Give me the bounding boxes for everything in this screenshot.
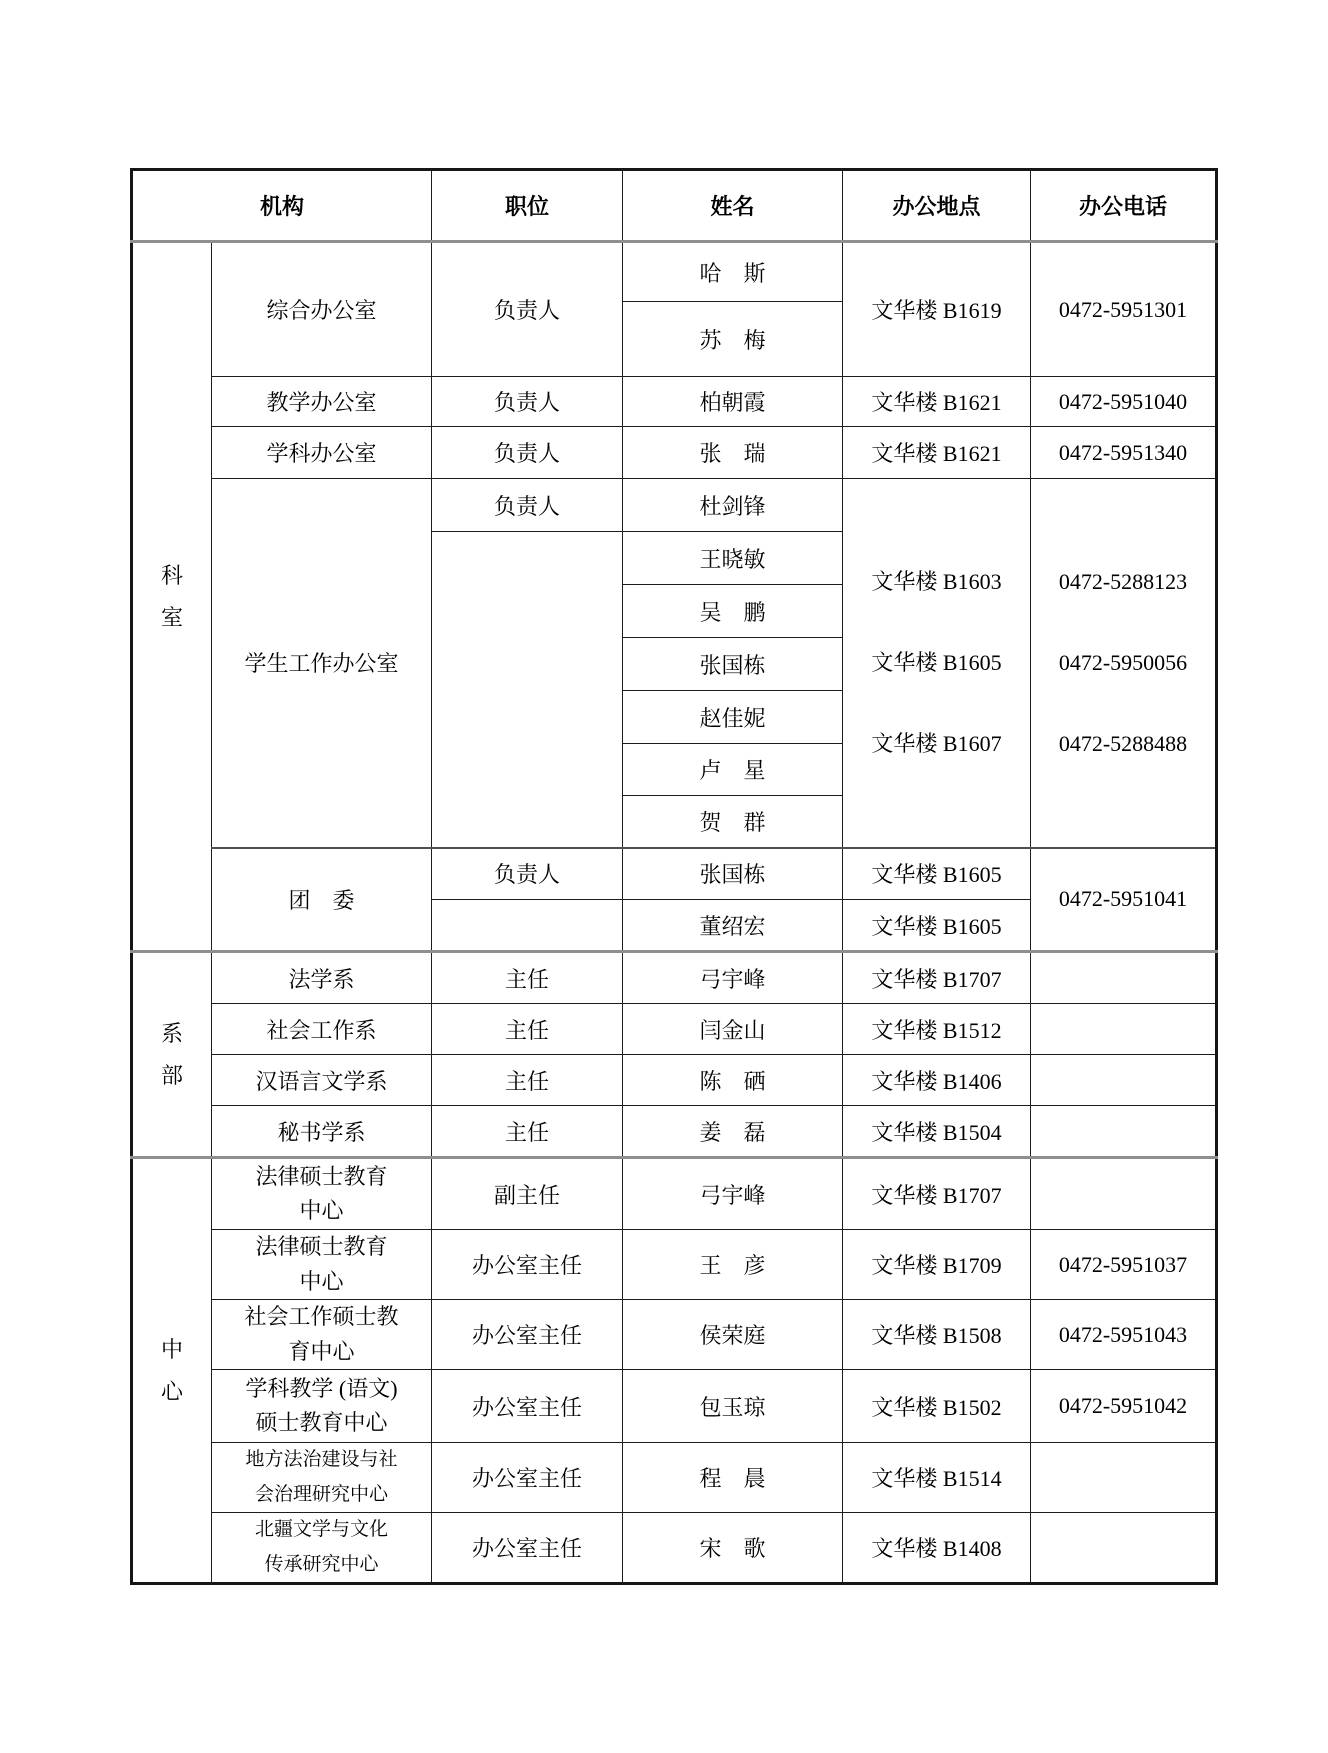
table-row: 法律硕士教育 中心 办公室主任 王 彦 文华楼 B1709 0472-59510… — [132, 1230, 1217, 1300]
header-name: 姓名 — [623, 170, 843, 242]
location-cell: 文华楼 B1504 — [843, 1106, 1031, 1158]
position-cell: 负责人 — [432, 848, 623, 900]
org-cell: 社会工作硕士教 育中心 — [212, 1300, 432, 1370]
table-row: 秘书学系 主任 姜 磊 文华楼 B1504 — [132, 1106, 1217, 1158]
location-cell: 文华楼 B1621 — [843, 427, 1031, 479]
position-cell: 主任 — [432, 952, 623, 1004]
position-cell: 主任 — [432, 1004, 623, 1055]
phone-cell: 0472-5951301 — [1031, 242, 1217, 377]
position-cell: 办公室主任 — [432, 1370, 623, 1443]
group-label-zhongxin: 中 心 — [132, 1158, 212, 1584]
position-cell: 主任 — [432, 1106, 623, 1158]
table-row: 教学办公室 负责人 柏朝霞 文华楼 B1621 0472-5951040 — [132, 377, 1217, 427]
table-row: 科 室 综合办公室 负责人 哈 斯 文华楼 B1619 0472-5951301 — [132, 242, 1217, 302]
location-cell: 文华楼 B1502 — [843, 1370, 1031, 1443]
phone-line: 0472-5288123 — [1033, 554, 1213, 609]
position-cell: 办公室主任 — [432, 1443, 623, 1513]
org-cell: 综合办公室 — [212, 242, 432, 377]
org-cell: 法律硕士教育 中心 — [212, 1230, 432, 1300]
org-cell: 社会工作系 — [212, 1004, 432, 1055]
name-cell: 柏朝霞 — [623, 377, 843, 427]
phone-cell: 0472-5951043 — [1031, 1300, 1217, 1370]
name-cell: 卢 星 — [623, 744, 843, 796]
location-cell: 文华楼 B1707 — [843, 952, 1031, 1004]
position-cell: 主任 — [432, 1055, 623, 1106]
table-row: 学科办公室 负责人 张 瑞 文华楼 B1621 0472-5951340 — [132, 427, 1217, 479]
position-cell: 负责人 — [432, 242, 623, 377]
table-row: 团 委 负责人 张国栋 文华楼 B1605 0472-5951041 — [132, 848, 1217, 900]
location-line: 文华楼 B1603 — [845, 554, 1028, 609]
location-cell: 文华楼 B1621 — [843, 377, 1031, 427]
table-row: 学生工作办公室 负责人 杜剑锋 文华楼 B1603 文华楼 B1605 文华楼 … — [132, 479, 1217, 532]
phone-cell — [1031, 1443, 1217, 1513]
position-cell: 负责人 — [432, 427, 623, 479]
name-cell: 王 彦 — [623, 1230, 843, 1300]
org-cell: 汉语言文学系 — [212, 1055, 432, 1106]
name-cell: 赵佳妮 — [623, 691, 843, 744]
phone-cell — [1031, 1106, 1217, 1158]
location-cell: 文华楼 B1408 — [843, 1513, 1031, 1584]
position-cell: 副主任 — [432, 1158, 623, 1230]
position-cell-empty — [432, 532, 623, 848]
name-cell: 吴 鹏 — [623, 585, 843, 638]
contacts-table: 机构 职位 姓名 办公地点 办公电话 科 室 综合办公室 负责人 哈 斯 文华楼… — [130, 168, 1218, 1585]
phone-cell — [1031, 1055, 1217, 1106]
position-cell: 负责人 — [432, 377, 623, 427]
org-cell: 法学系 — [212, 952, 432, 1004]
name-cell: 程 晨 — [623, 1443, 843, 1513]
phone-cell: 0472-5951037 — [1031, 1230, 1217, 1300]
position-cell: 办公室主任 — [432, 1230, 623, 1300]
location-cell: 文华楼 B1603 文华楼 B1605 文华楼 B1607 — [843, 479, 1031, 848]
org-cell: 学科教学 (语文) 硕士教育中心 — [212, 1370, 432, 1443]
name-cell: 弓宇峰 — [623, 952, 843, 1004]
phone-cell: 0472-5951041 — [1031, 848, 1217, 952]
phone-line: 0472-5288488 — [1033, 716, 1213, 771]
org-cell: 团 委 — [212, 848, 432, 952]
org-cell: 地方法治建设与社 会治理研究中心 — [212, 1443, 432, 1513]
location-cell: 文华楼 B1605 — [843, 848, 1031, 900]
header-row: 机构 职位 姓名 办公地点 办公电话 — [132, 170, 1217, 242]
group-label-keshi: 科 室 — [132, 242, 212, 952]
table-row: 学科教学 (语文) 硕士教育中心 办公室主任 包玉琼 文华楼 B1502 047… — [132, 1370, 1217, 1443]
phone-cell: 0472-5951340 — [1031, 427, 1217, 479]
location-cell: 文华楼 B1512 — [843, 1004, 1031, 1055]
location-cell: 文华楼 B1605 — [843, 900, 1031, 952]
phone-cell — [1031, 952, 1217, 1004]
name-cell: 苏 梅 — [623, 302, 843, 377]
table-row: 中 心 法律硕士教育 中心 副主任 弓宇峰 文华楼 B1707 — [132, 1158, 1217, 1230]
name-cell: 杜剑锋 — [623, 479, 843, 532]
position-cell: 办公室主任 — [432, 1300, 623, 1370]
location-cell: 文华楼 B1508 — [843, 1300, 1031, 1370]
position-cell-empty — [432, 900, 623, 952]
table-row: 社会工作硕士教 育中心 办公室主任 侯荣庭 文华楼 B1508 0472-595… — [132, 1300, 1217, 1370]
phone-cell — [1031, 1158, 1217, 1230]
table-row: 汉语言文学系 主任 陈 硒 文华楼 B1406 — [132, 1055, 1217, 1106]
location-cell: 文华楼 B1709 — [843, 1230, 1031, 1300]
org-cell: 教学办公室 — [212, 377, 432, 427]
name-cell: 弓宇峰 — [623, 1158, 843, 1230]
header-position: 职位 — [432, 170, 623, 242]
name-cell: 宋 歌 — [623, 1513, 843, 1584]
name-cell: 张 瑞 — [623, 427, 843, 479]
location-cell: 文华楼 B1619 — [843, 242, 1031, 377]
org-cell: 学生工作办公室 — [212, 479, 432, 848]
location-line: 文华楼 B1605 — [845, 635, 1028, 690]
document-page: 机构 职位 姓名 办公地点 办公电话 科 室 综合办公室 负责人 哈 斯 文华楼… — [0, 0, 1328, 1753]
table-row: 地方法治建设与社 会治理研究中心 办公室主任 程 晨 文华楼 B1514 — [132, 1443, 1217, 1513]
location-cell: 文华楼 B1514 — [843, 1443, 1031, 1513]
name-cell: 姜 磊 — [623, 1106, 843, 1158]
table-row: 北疆文学与文化 传承研究中心 办公室主任 宋 歌 文华楼 B1408 — [132, 1513, 1217, 1584]
position-cell: 办公室主任 — [432, 1513, 623, 1584]
phone-cell — [1031, 1004, 1217, 1055]
org-cell: 法律硕士教育 中心 — [212, 1158, 432, 1230]
name-cell: 哈 斯 — [623, 242, 843, 302]
header-org: 机构 — [132, 170, 432, 242]
group-label-xibu: 系 部 — [132, 952, 212, 1158]
name-cell: 侯荣庭 — [623, 1300, 843, 1370]
header-phone: 办公电话 — [1031, 170, 1217, 242]
location-cell: 文华楼 B1707 — [843, 1158, 1031, 1230]
org-cell: 学科办公室 — [212, 427, 432, 479]
location-cell: 文华楼 B1406 — [843, 1055, 1031, 1106]
name-cell: 张国栋 — [623, 638, 843, 691]
header-location: 办公地点 — [843, 170, 1031, 242]
table-row: 系 部 法学系 主任 弓宇峰 文华楼 B1707 — [132, 952, 1217, 1004]
phone-cell: 0472-5951042 — [1031, 1370, 1217, 1443]
name-cell: 王晓敏 — [623, 532, 843, 585]
name-cell: 包玉琼 — [623, 1370, 843, 1443]
org-cell: 北疆文学与文化 传承研究中心 — [212, 1513, 432, 1584]
phone-cell — [1031, 1513, 1217, 1584]
phone-line: 0472-5950056 — [1033, 635, 1213, 690]
location-line: 文华楼 B1607 — [845, 716, 1028, 771]
name-cell: 闫金山 — [623, 1004, 843, 1055]
name-cell: 陈 硒 — [623, 1055, 843, 1106]
name-cell: 贺 群 — [623, 796, 843, 848]
phone-cell: 0472-5288123 0472-5950056 0472-5288488 — [1031, 479, 1217, 848]
name-cell: 董绍宏 — [623, 900, 843, 952]
position-cell: 负责人 — [432, 479, 623, 532]
phone-cell: 0472-5951040 — [1031, 377, 1217, 427]
org-cell: 秘书学系 — [212, 1106, 432, 1158]
name-cell: 张国栋 — [623, 848, 843, 900]
table-row: 社会工作系 主任 闫金山 文华楼 B1512 — [132, 1004, 1217, 1055]
